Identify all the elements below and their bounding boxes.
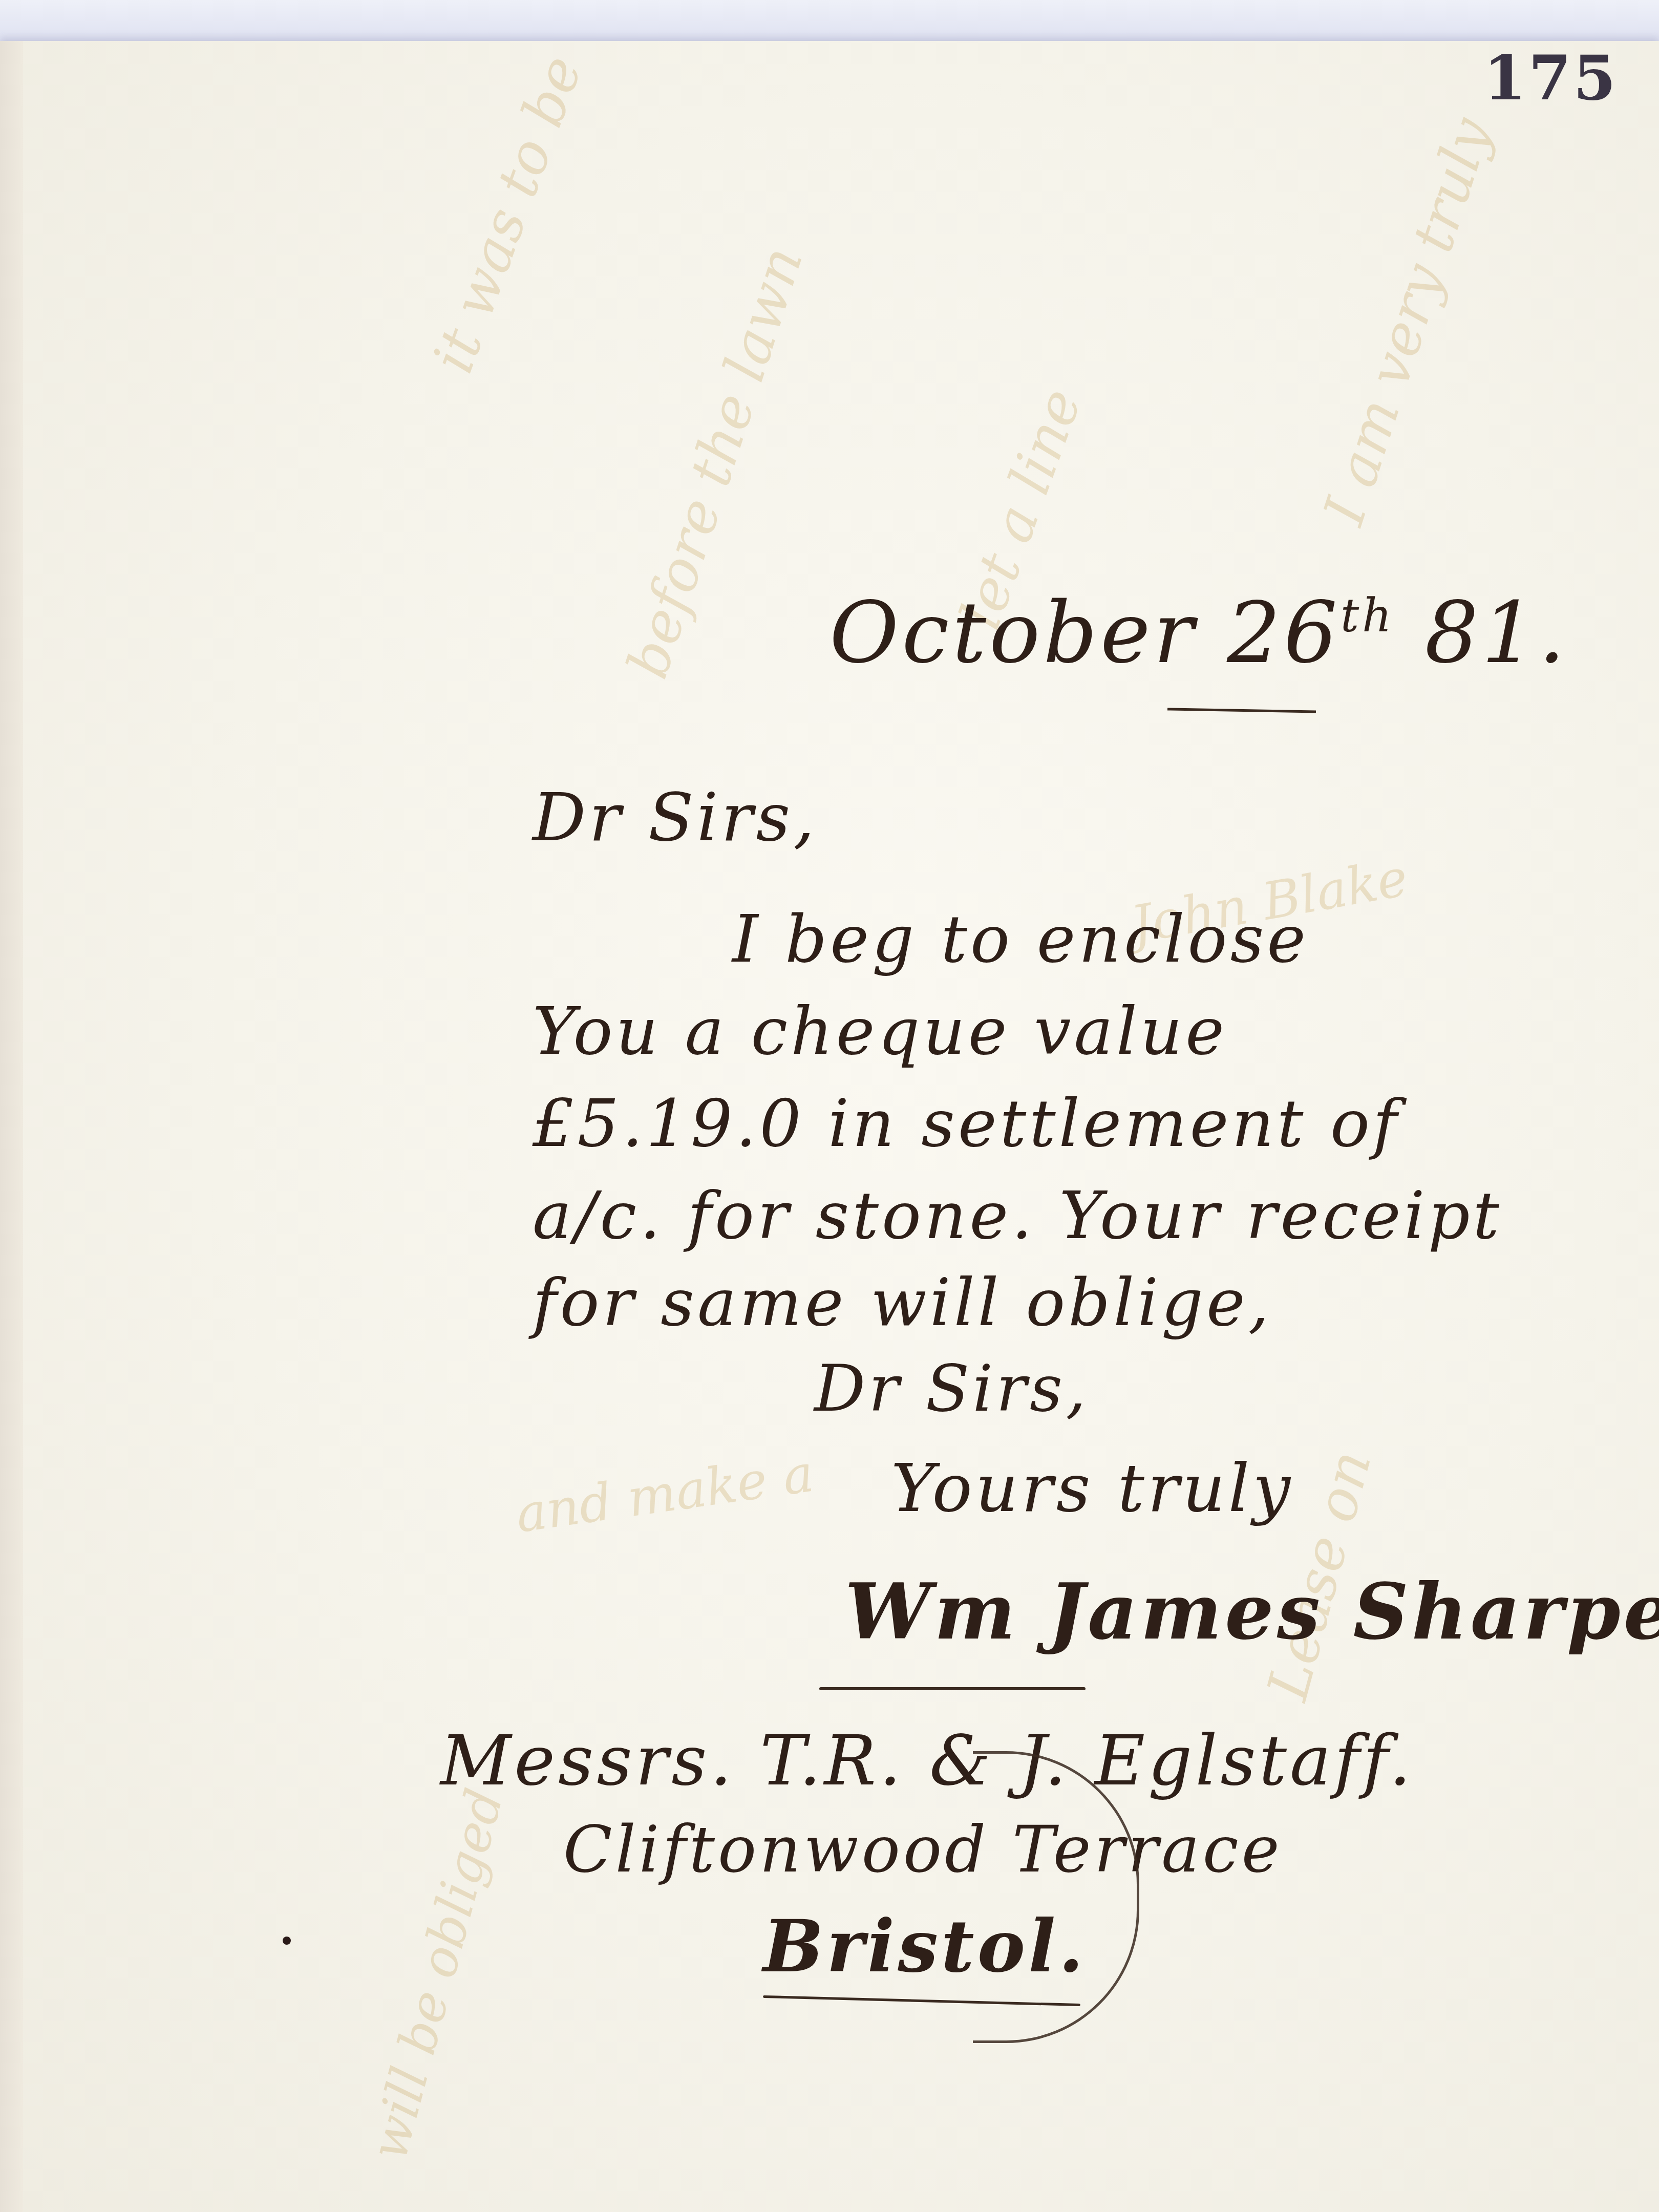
addressee-street: Cliftonwood Terrace	[563, 1813, 1283, 1887]
closing: Dr Sirs,	[814, 1352, 1089, 1426]
signature-underline	[819, 1687, 1086, 1690]
addressee-name: Messrs. T.R. & J. Eglstaff.	[440, 1720, 1414, 1801]
signature: Wm James Sharpe	[845, 1567, 1659, 1657]
letter-date: October 26th 81.	[829, 584, 1568, 682]
body-line: I beg to enclose	[732, 901, 1309, 977]
body-line: a/c. for stone. Your receipt	[533, 1178, 1502, 1254]
body-line: You a cheque value	[533, 993, 1227, 1070]
body-line: for same will oblige,	[533, 1265, 1272, 1341]
page-number: 175	[1484, 42, 1619, 114]
salutation: Dr Sirs,	[533, 778, 818, 856]
page-binding-edge	[0, 41, 23, 2212]
valediction: Yours truly	[891, 1449, 1293, 1527]
body-line: £5.19.0 in settlement of	[533, 1086, 1400, 1162]
ink-dot	[283, 1937, 291, 1945]
